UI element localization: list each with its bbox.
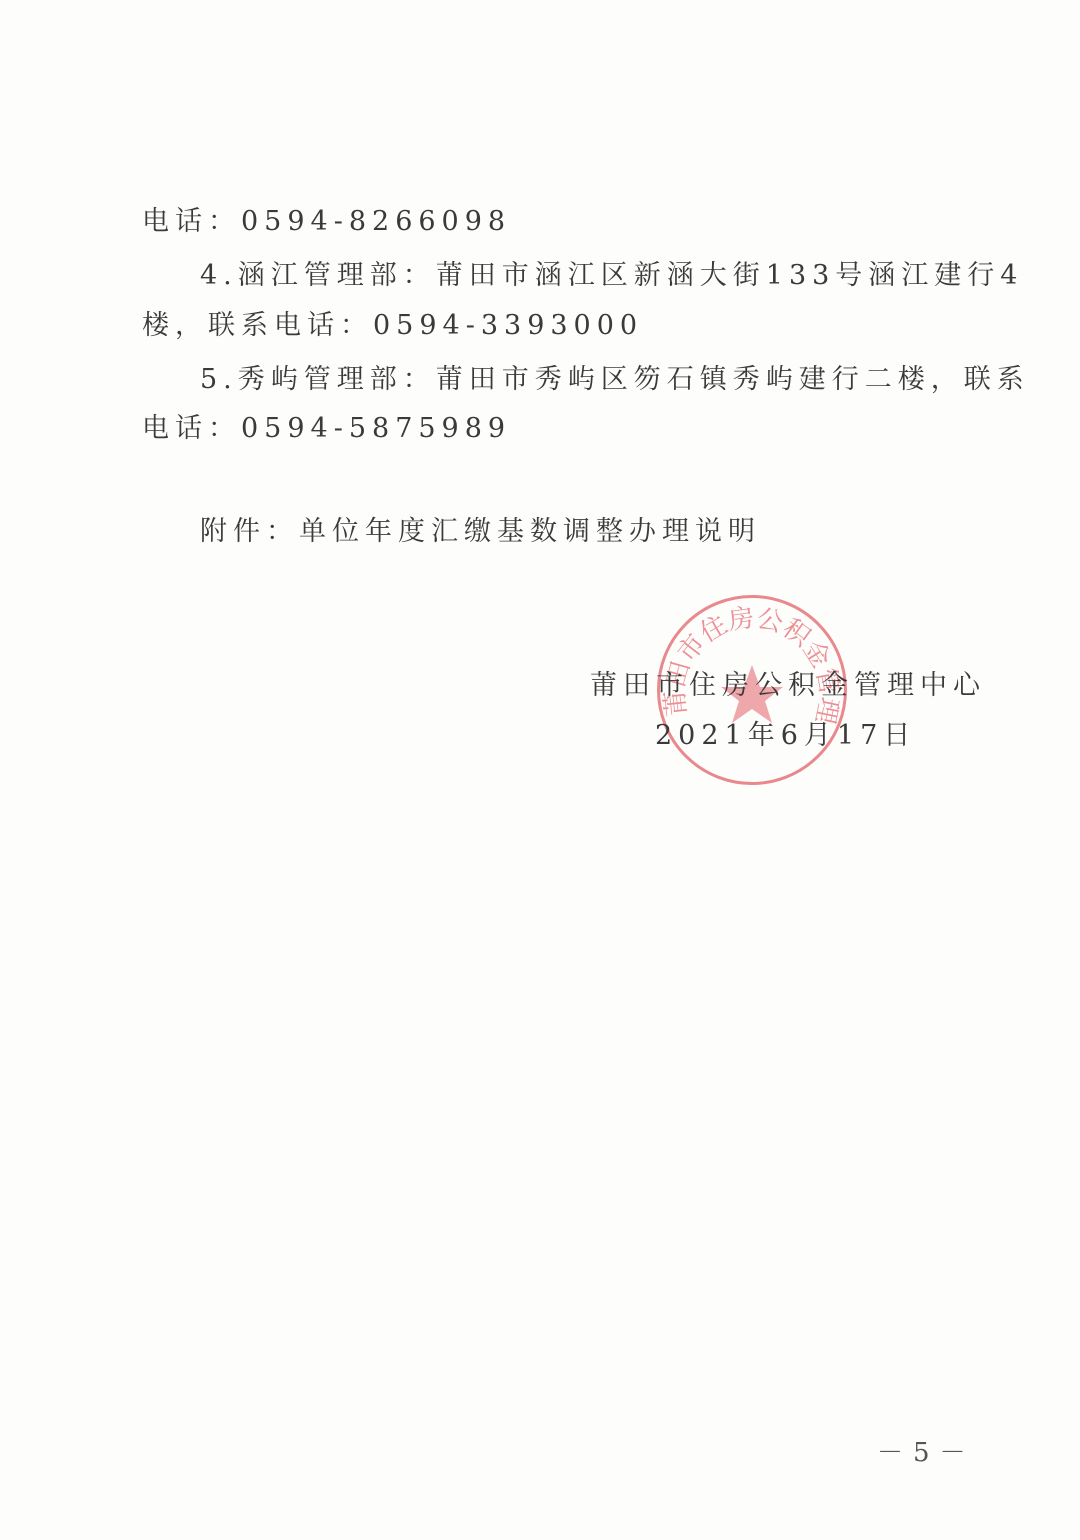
paragraph-xiuyu-phone: 电话：0594-5875989: [142, 415, 511, 442]
paragraph-xiuyu-office: 5.秀屿管理部：莆田市秀屿区笏石镇秀屿建行二楼，联系: [200, 366, 1030, 393]
paragraph-hanjiang-phone: 楼，联系电话：0594-3393000: [142, 312, 643, 339]
page-number: －5－: [877, 1432, 976, 1469]
paragraph-phone-1: 电话：0594-8266098: [142, 208, 511, 235]
attachment-note: 附件：单位年度汇缴基数调整办理说明: [200, 518, 761, 545]
signature-organization: 莆田市住房公积金管理中心: [590, 672, 986, 699]
signature-date: 2021年6月17日: [655, 722, 916, 749]
paragraph-hanjiang-office: 4.涵江管理部：莆田市涵江区新涵大街133号涵江建行4: [200, 262, 1023, 289]
